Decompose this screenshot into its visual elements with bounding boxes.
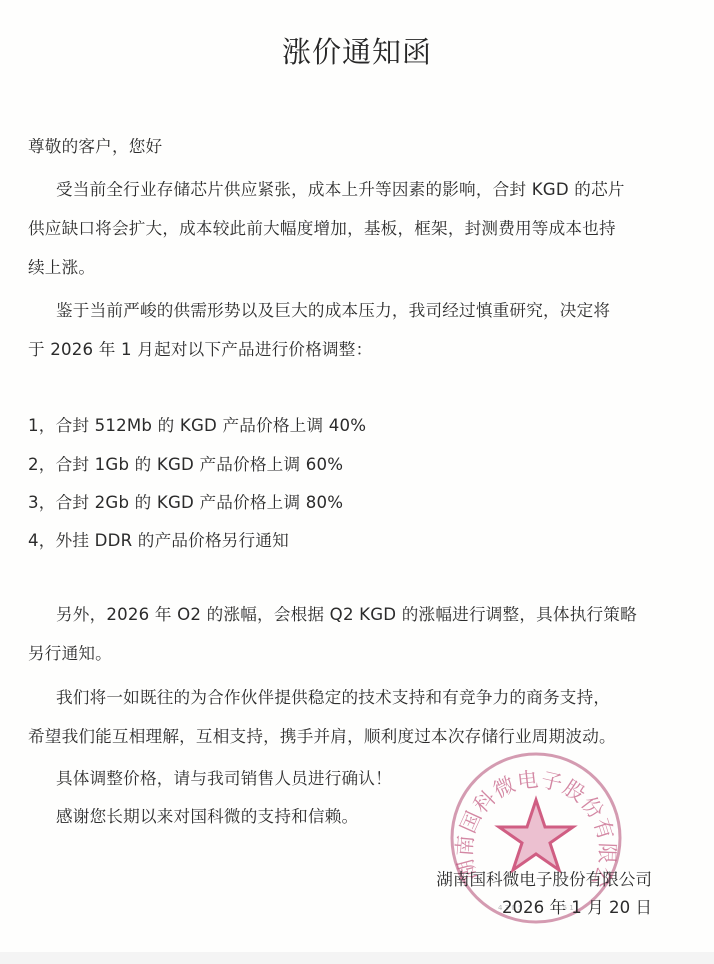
signature-company: 湖南国科微电子股份有限公司: [436, 866, 652, 890]
star-icon: [499, 800, 573, 870]
document-title: 涨价通知函: [0, 30, 714, 71]
closing-2-line-1: 我们将一如既往的为合作伙伴提供稳定的技术支持和有竞争力的商务支持，: [56, 684, 610, 708]
closing-4-line-1: 感谢您长期以来对国科微的支持和信赖。: [56, 803, 358, 827]
item-text: 合封 2Gb 的 KGD 产品价格上调 80%: [56, 493, 344, 512]
signature-date: 2026 年 1 月 20 日: [502, 894, 652, 918]
price-adjustment-item-2: 2，合封 1Gb 的 KGD 产品价格上调 60%: [28, 451, 343, 475]
page-bottom-edge: [0, 952, 714, 964]
item-text: 外挂 DDR 的产品价格另行通知: [56, 531, 289, 550]
closing-2-line-2: 希望我们能互相理解，互相支持，携手并肩，顺利度过本次存储行业周期波动。: [28, 723, 616, 747]
item-text: 合封 1Gb 的 KGD 产品价格上调 60%: [56, 455, 344, 474]
price-adjustment-item-4: 4，外挂 DDR 的产品价格另行通知: [28, 527, 289, 551]
closing-1-line-2: 另行通知。: [28, 640, 112, 664]
paragraph-2-line-1: 鉴于当前严峻的供需形势以及巨大的成本压力，我司经过慎重研究，决定将: [56, 297, 610, 321]
item-index: 4，: [28, 531, 56, 550]
paragraph-2-line-2: 于 2026 年 1 月起对以下产品进行价格调整：: [28, 336, 372, 360]
closing-1-line-1: 另外，2026 年 O2 的涨幅，会根据 Q2 KGD 的涨幅进行调整，具体执行…: [56, 601, 637, 625]
paragraph-1-line-3: 续上涨。: [28, 254, 95, 278]
greeting: 尊敬的客户，您好: [28, 133, 162, 157]
item-index: 1，: [28, 416, 56, 435]
item-index: 3，: [28, 493, 56, 512]
paragraph-1-line-2: 供应缺口将会扩大，成本较此前大幅度增加，基板，框架，封测费用等成本也持: [28, 215, 616, 239]
item-index: 2，: [28, 455, 56, 474]
closing-3-line-1: 具体调整价格，请与我司销售人员进行确认！: [56, 765, 392, 789]
item-text: 合封 512Mb 的 KGD 产品价格上调 40%: [56, 416, 367, 435]
price-adjustment-item-1: 1，合封 512Mb 的 KGD 产品价格上调 40%: [28, 412, 366, 436]
paragraph-1-line-1: 受当前全行业存储芯片供应紧张，成本上升等因素的影响，合封 KGD 的芯片: [56, 176, 625, 200]
document-page: 涨价通知函 尊敬的客户，您好 受当前全行业存储芯片供应紧张，成本上升等因素的影响…: [0, 0, 714, 952]
price-adjustment-item-3: 3，合封 2Gb 的 KGD 产品价格上调 80%: [28, 489, 343, 513]
